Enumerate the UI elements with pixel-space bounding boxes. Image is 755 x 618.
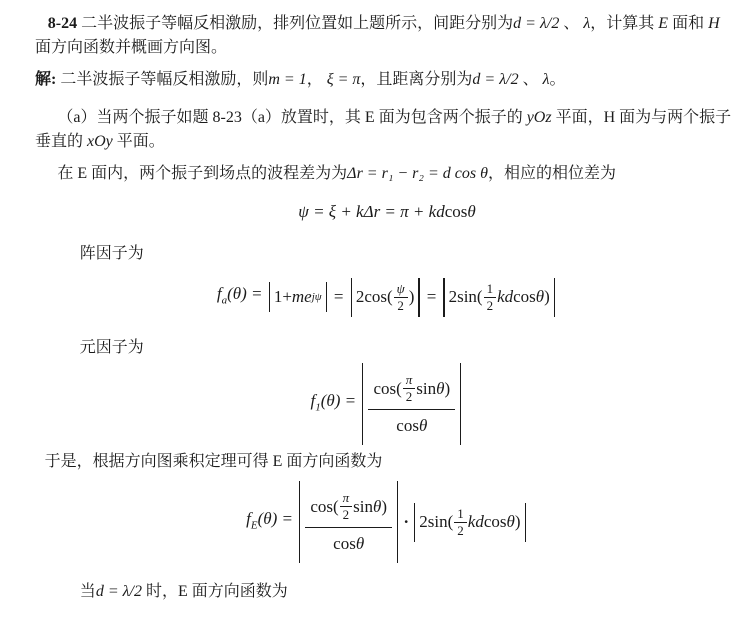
formula-array-factor: fa(θ) = 1+ mejψ = 2cos(ψ2) = 2sin(12kd c… (35, 270, 739, 324)
math-exp-jpsi: jψ (312, 286, 322, 308)
fraction-numerator: 1 (454, 507, 467, 523)
big-fraction: cos(π2sin θ)cos θ (305, 489, 392, 555)
math-xoy-plane: xOy (87, 133, 113, 150)
math-one-plus: 1+ (274, 286, 292, 308)
math-sub-1: 1 (315, 401, 321, 413)
math-close-paren: ) (515, 511, 521, 533)
formula-element-factor: f1(θ) = cos(π2sin θ)cos θ (35, 360, 739, 448)
fraction-numerator: cos(π2sin θ) (368, 371, 455, 410)
text-segment: 在 E 面内，两个振子到场点的波程差为为 (57, 165, 347, 182)
abs-bar (418, 278, 419, 317)
math-cos-body: 2cos(ψ2) (354, 278, 417, 317)
math-sin-fn: sin (416, 378, 436, 400)
abs-group-element-fraction: cos(π2sin θ)cos θ (360, 363, 463, 445)
abs-group-sin-kd: 2sin(12kd cosθ) (441, 278, 557, 317)
math-2cos: 2cos( (356, 286, 393, 308)
fraction-numerator: ψ (394, 282, 408, 298)
abs-bar (299, 481, 300, 563)
math-theta: θ (467, 201, 475, 223)
abs-bar (397, 481, 398, 563)
abs-bar (525, 503, 526, 542)
math-theta: θ (536, 286, 544, 308)
math-lambda: λ (543, 71, 550, 88)
math-d-spacing: d = λ/2 (96, 583, 142, 600)
big-fraction: cos(π2sin θ)cos θ (368, 371, 455, 437)
text-segment: 、 (519, 71, 543, 88)
fraction-denominator: 2 (340, 507, 353, 522)
line-pattern-multiplication: 于是，根据方向图乘积定理可得 E 面方向函数为 (35, 450, 739, 474)
text-segment: 二半波振子等幅反相激励，排列位置如上题所示，间距分别为 (81, 15, 513, 32)
fraction-pi-over-2: π2 (340, 491, 353, 522)
fraction-denominator: 2 (403, 389, 416, 404)
text-segment: ，计算其 (590, 15, 658, 32)
math-fe-lhs: fE(θ) = (246, 508, 297, 536)
math-theta: θ (419, 415, 427, 437)
fraction-numerator: cos(π2sin θ) (305, 489, 392, 528)
abs-group-element-fraction: cos(π2sin θ)cos θ (297, 481, 400, 563)
solution-document: 8-24 二半波振子等幅反相激励，排列位置如上题所示，间距分别为d = λ/2 … (0, 0, 755, 604)
line-final-condition: 当d = λ/2 时，E 面方向函数为 (35, 580, 739, 604)
math-m: m = 1 (268, 71, 306, 88)
math-sin-body: 2sin(12kd cosθ) (447, 278, 552, 317)
math-close-paren: ) (445, 378, 451, 400)
math-theta: θ (436, 378, 444, 400)
text-segment: 当 (80, 583, 96, 600)
math-sin-fn: sin (353, 496, 373, 518)
text-segment: （a）当两个振子如题 8-23（a）放置时，其 E 面为包含两个振子的 (57, 109, 526, 126)
formula-e-plane: fE(θ) = cos(π2sin θ)cos θ · 2sin(12kd co… (35, 476, 739, 568)
math-yoz-plane: yOz (527, 109, 552, 126)
abs-bar (362, 363, 363, 445)
math-d-spacing: d = λ/2 (513, 15, 559, 32)
math-args: (θ) = (321, 391, 356, 410)
fraction-psi-over-2: ψ2 (394, 282, 408, 313)
abs-bar (443, 278, 444, 317)
label-element-factor: 元因子为 (35, 336, 739, 360)
text-segment: 面方向函数并概画方向图。 (35, 39, 227, 56)
math-cos-fn: cos (484, 511, 507, 533)
text-segment: ，相应的相位差为 (488, 165, 616, 182)
text-segment: 面和 (668, 15, 708, 32)
math-fa-lhs: fa(θ) = (217, 283, 267, 311)
math-path-difference: Δr = r₁ − r₂ = d cos θ (347, 165, 488, 182)
math-cos-open: cos( (373, 378, 401, 400)
problem-statement: 8-24 二半波振子等幅反相激励，排列位置如上题所示，间距分别为d = λ/2 … (35, 12, 739, 60)
solution-intro: 解: 二半波振子等幅反相激励，则m = 1， ξ = π，且距离分别为d = λ… (35, 68, 739, 92)
math-theta: θ (507, 511, 515, 533)
math-h-plane: H (708, 15, 720, 32)
math-d-spacing: d = λ/2 (472, 71, 518, 88)
math-theta: θ (356, 533, 364, 555)
equals-sign: = (334, 286, 344, 308)
path-difference-line: 在 E 面内，两个振子到场点的波程差为为Δr = r₁ − r₂ = d cos… (35, 162, 739, 186)
text-segment: ， (307, 71, 327, 88)
abs-group-sin-kd: 2sin(12kd cosθ) (412, 503, 528, 542)
fraction-denominator: cos θ (305, 528, 392, 555)
math-close-paren: ) (544, 286, 550, 308)
fraction-denominator: 2 (454, 523, 467, 538)
math-fraction-body: cos(π2sin θ)cos θ (365, 363, 458, 445)
math-me: me (292, 286, 312, 308)
abs-bar (460, 363, 461, 445)
formula-phase-difference: ψ = ξ + kΔr = π + kd cosθ (35, 200, 739, 224)
math-close-paren: ) (381, 496, 387, 518)
label-array-factor: 阵因子为 (35, 242, 739, 266)
text-segment: 。 (550, 71, 566, 88)
fraction-denominator: 2 (394, 298, 408, 313)
fraction-pi-over-2: π2 (403, 373, 416, 404)
solution-label: 解: (35, 71, 56, 88)
fraction-denominator: 2 (484, 298, 497, 313)
abs-bar (351, 278, 352, 317)
math-exp-body: 1+ mejψ (272, 282, 324, 312)
math-kd: kd (497, 286, 513, 308)
fraction-numerator: 1 (484, 282, 497, 298)
text-segment: 、 (559, 15, 583, 32)
fraction-denominator: cos θ (368, 410, 455, 437)
math-xi: ξ = π (327, 71, 361, 88)
math-2sin: 2sin( (419, 511, 453, 533)
math-theta: θ (373, 496, 381, 518)
math-kd: kd (468, 511, 484, 533)
math-cos-open: cos( (310, 496, 338, 518)
math-fraction-body: cos(π2sin θ)cos θ (302, 481, 395, 563)
fraction-numerator: π (403, 373, 416, 389)
fraction-numerator: π (340, 491, 353, 507)
fraction-one-half: 12 (484, 282, 497, 313)
abs-bar (554, 278, 555, 317)
math-close-paren: ) (409, 286, 415, 308)
math-args: (θ) = (227, 284, 262, 303)
fraction-one-half: 12 (454, 507, 467, 538)
abs-group-cos-half-psi: 2cos(ψ2) (349, 278, 422, 317)
math-cos-fn: cos (333, 533, 356, 555)
problem-number: 8-24 (48, 15, 81, 32)
math-e-plane: E (658, 15, 668, 32)
math-sub-e: E (251, 519, 258, 531)
equals-sign: = (427, 286, 437, 308)
text-segment: 二半波振子等幅反相激励，则 (56, 71, 268, 88)
abs-group-exponential: 1+ mejψ (267, 282, 329, 312)
solution-part-a: （a）当两个振子如题 8-23（a）放置时，其 E 面为包含两个振子的 yOz … (35, 106, 739, 154)
math-f1-lhs: f1(θ) = (311, 390, 361, 418)
math-sin-body: 2sin(12kd cosθ) (417, 503, 522, 542)
math-cos-fn: cos (445, 201, 468, 223)
abs-bar (326, 282, 327, 312)
math-psi-lhs: ψ = ξ + kΔr = π + kd (298, 201, 444, 223)
text-segment: ，且距离分别为 (360, 71, 472, 88)
multiplication-dot: · (403, 511, 409, 533)
math-args: (θ) = (258, 509, 293, 528)
abs-bar (414, 503, 415, 542)
math-2sin: 2sin( (449, 286, 483, 308)
text-segment: 平面。 (113, 133, 165, 150)
abs-bar (269, 282, 270, 312)
math-cos-fn: cos (513, 286, 536, 308)
text-segment: 时，E 面方向函数为 (142, 583, 288, 600)
math-cos-fn: cos (396, 415, 419, 437)
